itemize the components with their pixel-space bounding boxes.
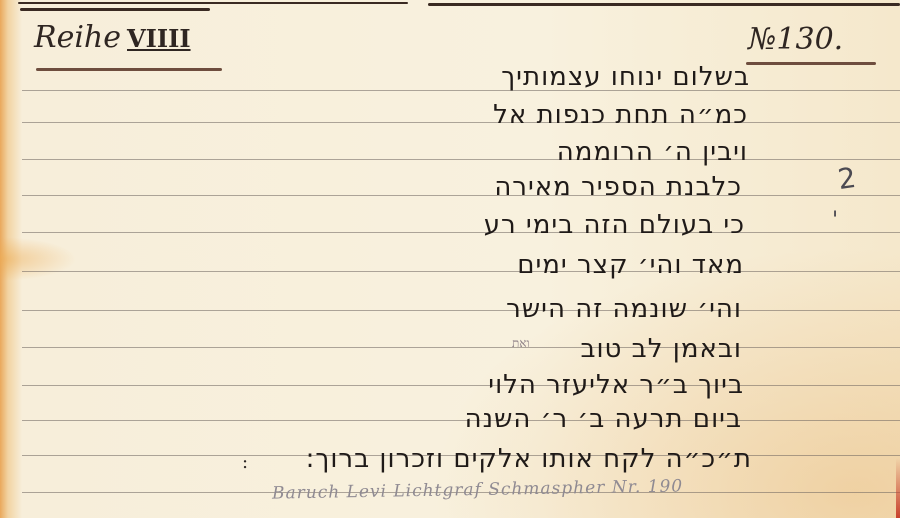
insertion-vaet: ואת — [512, 336, 530, 351]
poem-line-9: ביוך ב״ר אליעזר הלוי — [488, 370, 744, 400]
poem-line-5: כי בעולם הזה בימי רע — [484, 210, 745, 240]
poem-line-11: ת״כ״ה לקח אותו אלקים וזכרון ברוך: — [306, 444, 752, 474]
poem-line-1: בשלום ינוחו עצמותיך — [501, 62, 750, 92]
poem-line-4: כלבנת הספיר מאירה — [494, 172, 742, 202]
poem-line-10: ביום תרעה ב׳ ר׳ השנה — [465, 404, 742, 434]
poem-line-8-text: ובאמן לב טוב — [580, 334, 742, 364]
poem-line-6: מאד והי׳ קצר ימים — [517, 250, 744, 280]
closing-mark: : — [242, 452, 248, 473]
margin-mark-tick: ' — [832, 208, 838, 233]
poem-line-2: כמ״ה תחת כנפות אל — [493, 100, 748, 130]
notebook-page: ReiheVIIII №130. בשלום ינוחו עצמותיך כמ״… — [0, 0, 900, 518]
poem-line-8: ובאמן לב טוב — [580, 334, 742, 364]
poem-line-3: ויבין ה׳ הרוממה — [557, 137, 748, 167]
memorial-poem: בשלום ינוחו עצמותיך כמ״ה תחת כנפות אל וי… — [0, 0, 900, 518]
poem-line-7: והי׳ שונמה זה הישר — [506, 294, 742, 324]
page-edge-stain — [896, 458, 900, 518]
